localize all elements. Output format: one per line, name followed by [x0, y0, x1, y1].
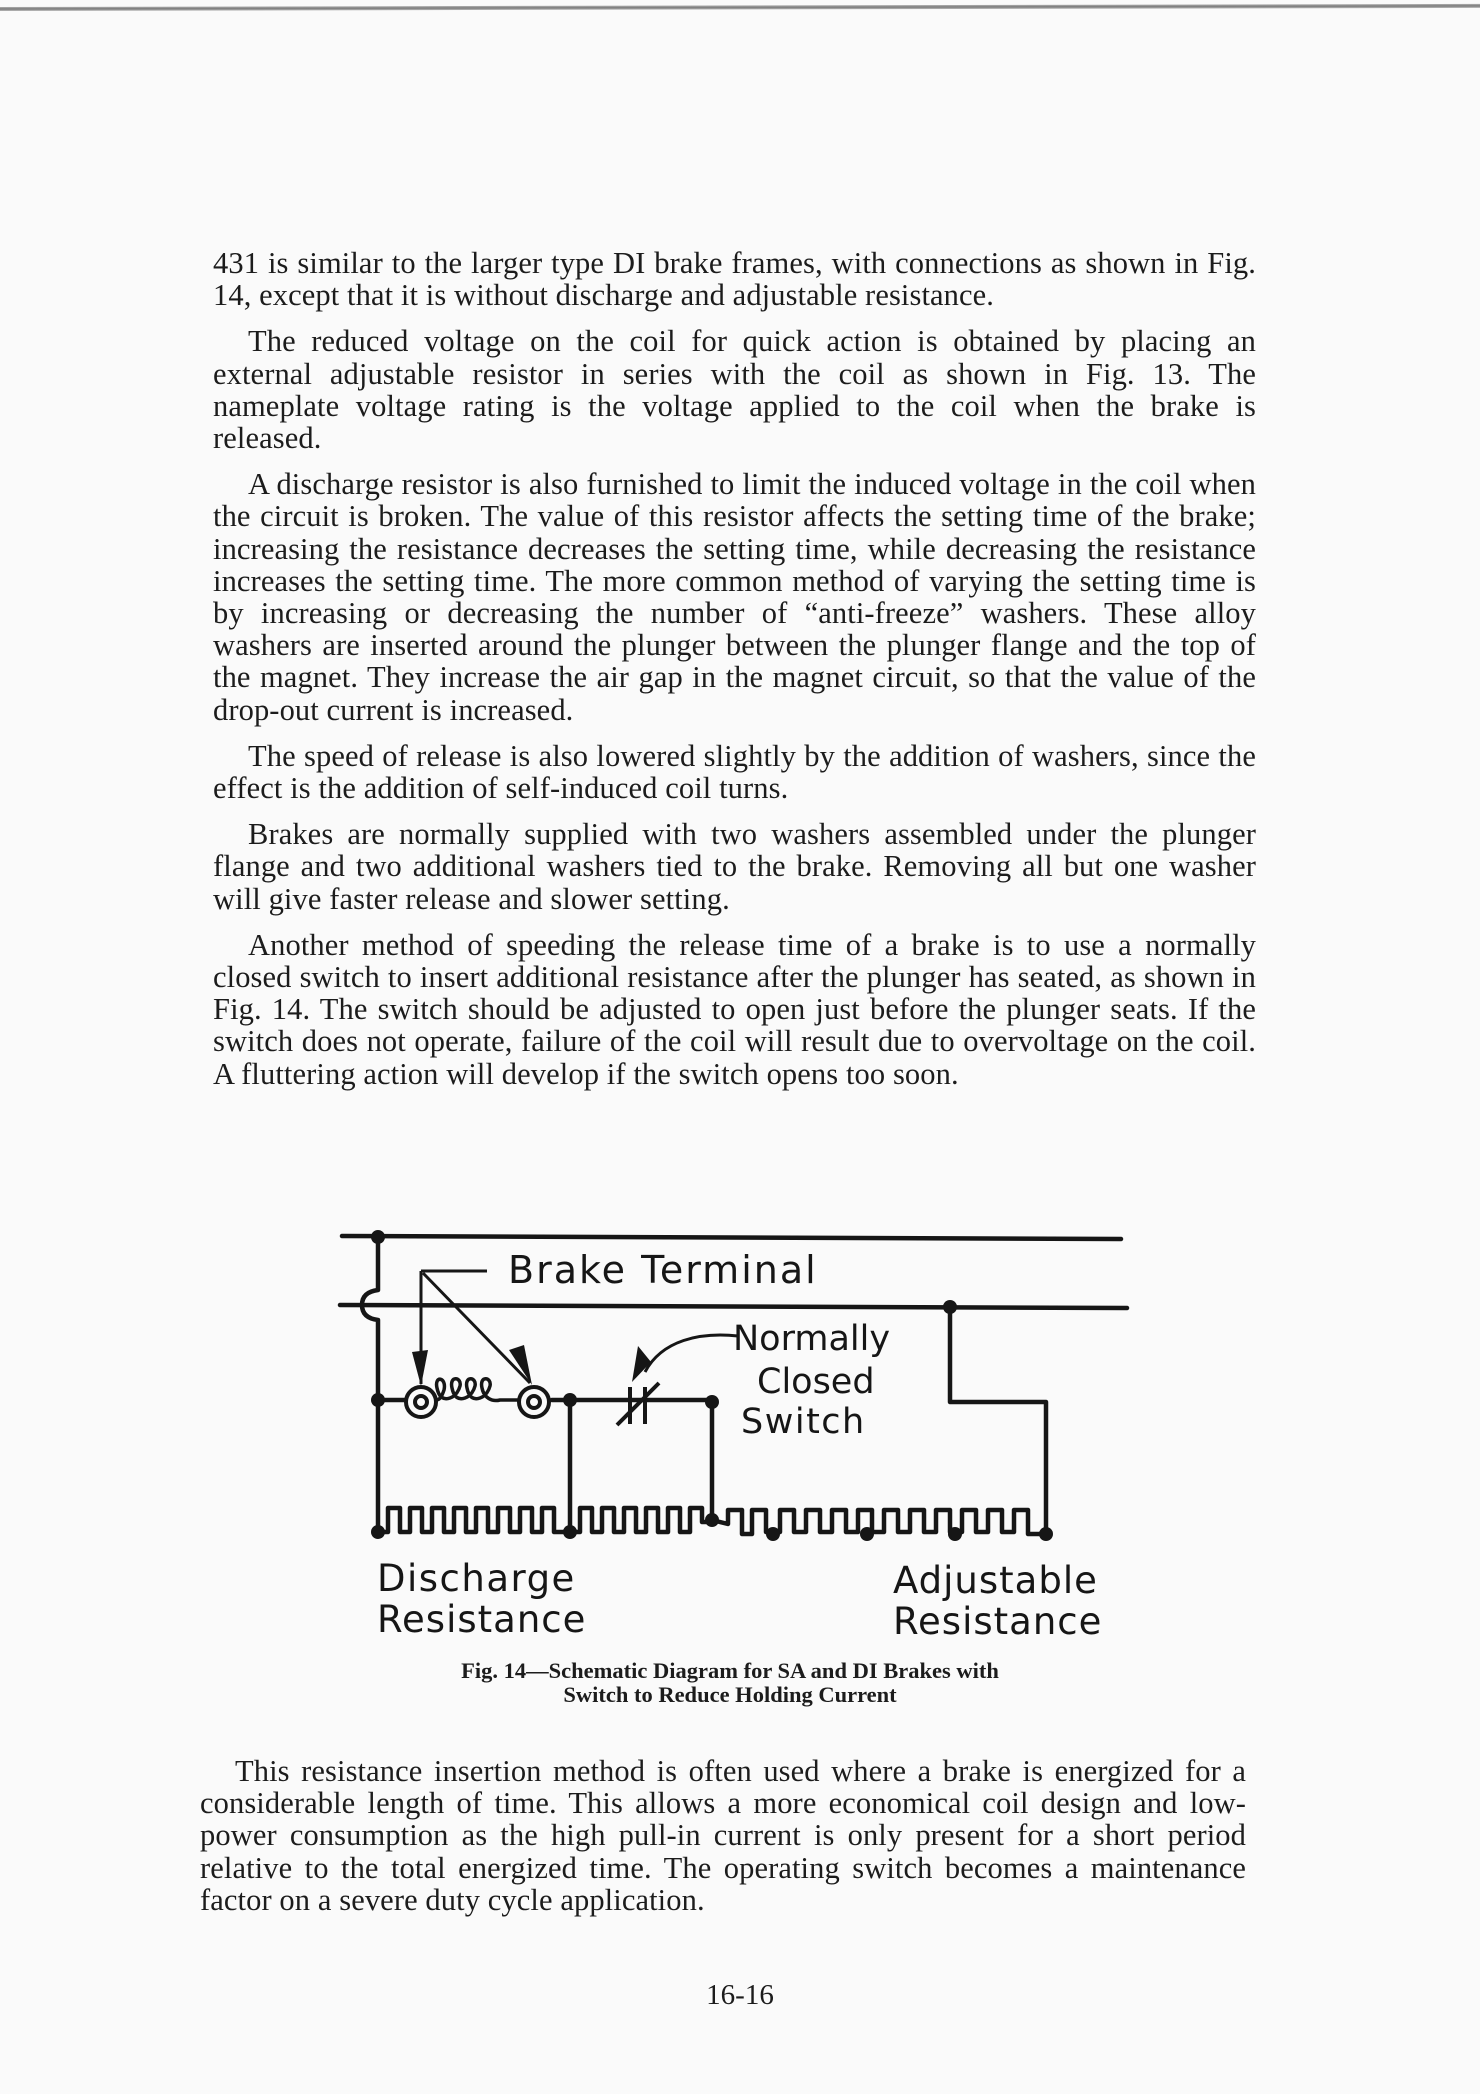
figure-caption: Fig. 14—Schematic Diagram for SA and DI … — [330, 1659, 1130, 1707]
label-switch-2: Closed — [757, 1362, 875, 1402]
paragraph: This resistance insertion method is ofte… — [200, 1755, 1246, 1916]
paragraph: The speed of release is also lowered sli… — [213, 740, 1256, 804]
left-feeder-wire — [362, 1237, 378, 1532]
paragraph: Another method of speeding the release t… — [213, 929, 1256, 1090]
discharge-resistance — [378, 1508, 570, 1532]
page-number: 16-16 — [640, 1979, 840, 2012]
label-brake-terminal: Brake Terminal — [508, 1248, 818, 1292]
label-discharge-2: Resistance — [377, 1598, 586, 1641]
paragraph: 431 is similar to the larger type DI bra… — [213, 247, 1256, 311]
label-switch-1: Normally — [733, 1319, 890, 1359]
label-adjustable-2: Resistance — [893, 1600, 1102, 1643]
label-switch-3: Switch — [741, 1402, 866, 1442]
caption-line-2: Switch to Reduce Holding Current — [330, 1683, 1130, 1707]
paragraph: The reduced voltage on the coil for quic… — [213, 325, 1256, 454]
paragraph: Brakes are normally supplied with two wa… — [213, 818, 1256, 915]
body-text-bottom: This resistance insertion method is ofte… — [200, 1755, 1246, 1930]
supply-bus-second — [340, 1305, 1127, 1308]
adjustable-resistance — [712, 1510, 1046, 1534]
brake-terminal-leaders — [421, 1271, 530, 1384]
caption-line-1: Fig. 14—Schematic Diagram for SA and DI … — [330, 1659, 1130, 1683]
junction-dots — [371, 1230, 1053, 1541]
page-top-edge-rule — [0, 4, 1480, 11]
supply-bus-top — [342, 1236, 1121, 1239]
body-text-top: 431 is similar to the larger type DI bra… — [213, 247, 1256, 1104]
resistance-grid — [378, 1508, 1046, 1534]
coil-terminals — [406, 1387, 549, 1417]
label-adjustable-1: Adjustable — [893, 1559, 1098, 1602]
paragraph: A discharge resistor is also furnished t… — [213, 468, 1256, 726]
normally-closed-switch-symbol — [617, 1383, 659, 1425]
label-discharge-1: Discharge — [377, 1557, 576, 1600]
brake-coil — [436, 1379, 519, 1401]
right-feeder-wire — [950, 1307, 1046, 1534]
